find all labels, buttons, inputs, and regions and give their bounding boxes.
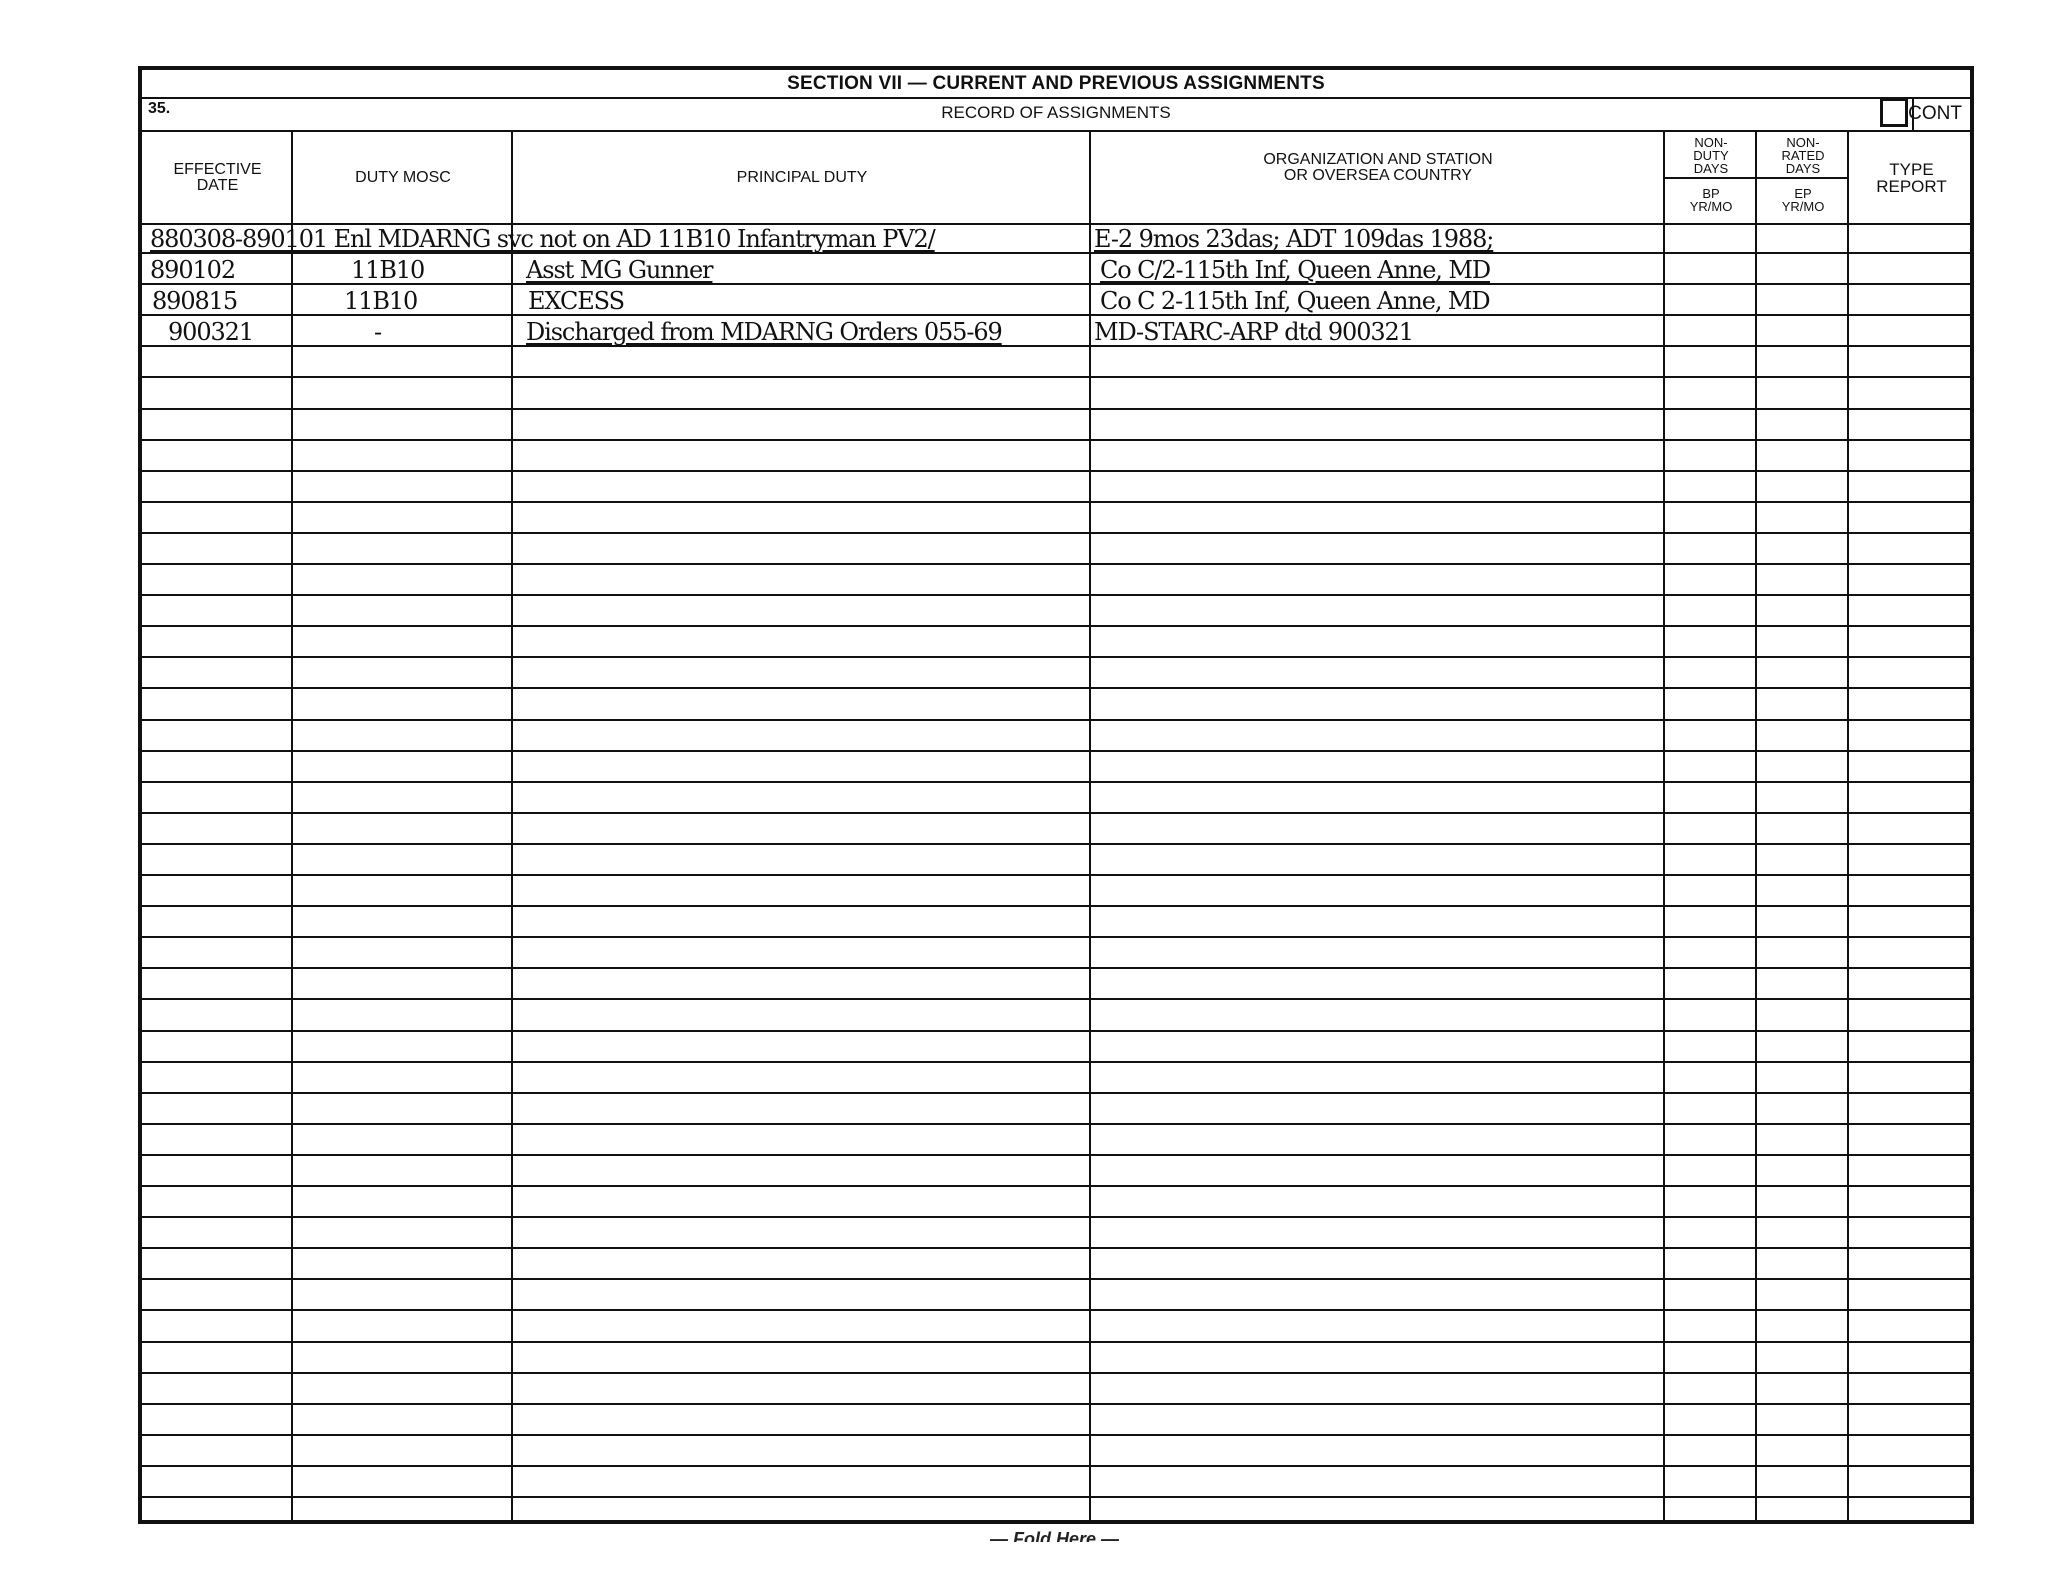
header-principal-duty: PRINCIPAL DUTY [513,132,1091,223]
table-row-empty [142,1063,1970,1094]
table-row: 900321 - Discharged from MDARNG Orders 0… [142,316,1970,347]
record-title: RECORD OF ASSIGNMENTS [142,103,1970,123]
table-row-empty [142,627,1970,658]
table-row-empty [142,1187,1970,1218]
row-2-principal-duty: Asst MG Gunner [526,254,712,283]
table-row-empty [142,721,1970,752]
column-header-row: EFFECTIVE DATE DUTY MOSC PRINCIPAL DUTY … [142,132,1970,225]
table-row-empty [142,876,1970,907]
table-row-empty [142,1218,1970,1249]
table-row-empty [142,596,1970,627]
table-row-empty [142,410,1970,441]
header-organization: ORGANIZATION AND STATION OR OVERSEA COUN… [1091,132,1665,223]
section-title: SECTION VII — CURRENT AND PREVIOUS ASSIG… [142,70,1970,99]
header-duty-mosc: DUTY MOSC [293,132,513,223]
header-bp-yrmo: BP YR/MO [1665,177,1757,223]
row-1-text-left: 880308-890101 Enl MDARNG svc not on AD 1… [150,223,935,252]
cont-label: CONT [1908,103,1962,125]
table-row-empty [142,845,1970,876]
table-row-empty [142,690,1970,721]
header-type-report: TYPE REPORT [1849,132,1974,223]
table-row-empty [142,814,1970,845]
assignment-rows: 880308-890101 Enl MDARNG svc not on AD 1… [142,223,1970,1520]
table-row-empty [142,472,1970,503]
header-ep-yrmo: EP YR/MO [1757,177,1849,223]
row-4-duty-mosc: - [374,316,381,345]
table-row-empty [142,1249,1970,1280]
table-row-empty [142,347,1970,378]
table-row-empty [142,1001,1970,1032]
table-row-empty [142,969,1970,1000]
header-non-rated-days-label: NON- RATED DAYS [1781,136,1824,175]
header-organization-label: ORGANIZATION AND STATION OR OVERSEA COUN… [1263,152,1492,184]
header-ep-yrmo-label: EP YR/MO [1782,187,1825,213]
header-principal-duty-label: PRINCIPAL DUTY [737,170,868,186]
table-row-empty [142,658,1970,689]
header-subdivider [1665,177,1849,179]
table-row-empty [142,565,1970,596]
table-row-empty [142,1156,1970,1187]
row-4-principal-duty: Discharged from MDARNG Orders 055-69 [526,316,1002,345]
table-row-empty [142,534,1970,565]
table-row-empty [142,783,1970,814]
fold-here-label: — Fold Here — [990,1528,1119,1542]
table-row-empty [142,1312,1970,1343]
header-duty-mosc-label: DUTY MOSC [355,170,451,186]
table-row-empty [142,1436,1970,1467]
row-4-effective-date: 900321 [168,316,253,345]
table-row-empty [142,1374,1970,1405]
table-row: 890815 11B10 EXCESS Co C 2-115th Inf, Qu… [142,285,1970,316]
header-non-rated-days: NON- RATED DAYS [1757,132,1849,177]
table-row-empty [142,441,1970,472]
table-row-empty [142,1467,1970,1498]
header-non-duty-days-label: NON- DUTY DAYS [1693,136,1728,175]
row-3-effective-date: 890815 [152,285,237,314]
table-row-empty [142,938,1970,969]
row-3-duty-mosc: 11B10 [344,285,417,314]
table-row-empty [142,1280,1970,1311]
row-1-text-right: E-2 9mos 23das; ADT 109das 1988; [1094,223,1493,252]
row-3-organization: Co C 2-115th Inf, Queen Anne, MD [1100,285,1490,314]
table-row: 880308-890101 Enl MDARNG svc not on AD 1… [142,223,1970,254]
header-bp-yrmo-label: BP YR/MO [1690,187,1733,213]
table-row: 890102 11B10 Asst MG Gunner Co C/2-115th… [142,254,1970,285]
table-row-empty [142,379,1970,410]
table-row-empty [142,1498,1970,1529]
row-2-effective-date: 890102 [150,254,235,283]
cont-checkbox[interactable] [1880,98,1908,127]
record-of-assignments-form: SECTION VII — CURRENT AND PREVIOUS ASSIG… [138,66,1974,1524]
header-effective-date: EFFECTIVE DATE [142,132,293,223]
header-non-duty-days: NON- DUTY DAYS [1665,132,1757,177]
table-row-empty [142,752,1970,783]
row-4-organization: MD-STARC-ARP dtd 900321 [1094,316,1413,345]
table-row-empty [142,1094,1970,1125]
record-title-row: 35. RECORD OF ASSIGNMENTS CONT [142,97,1970,132]
table-row-empty [142,1405,1970,1436]
table-row-empty [142,907,1970,938]
table-row-empty [142,503,1970,534]
table-row-empty [142,1032,1970,1063]
header-effective-date-label: EFFECTIVE DATE [173,162,261,194]
row-3-principal-duty: EXCESS [528,285,624,314]
header-type-report-label: TYPE REPORT [1876,161,1947,195]
row-2-organization: Co C/2-115th Inf, Queen Anne, MD [1100,254,1490,283]
table-row-empty [142,1125,1970,1156]
table-row-empty [142,1343,1970,1374]
row-2-duty-mosc: 11B10 [351,254,424,283]
